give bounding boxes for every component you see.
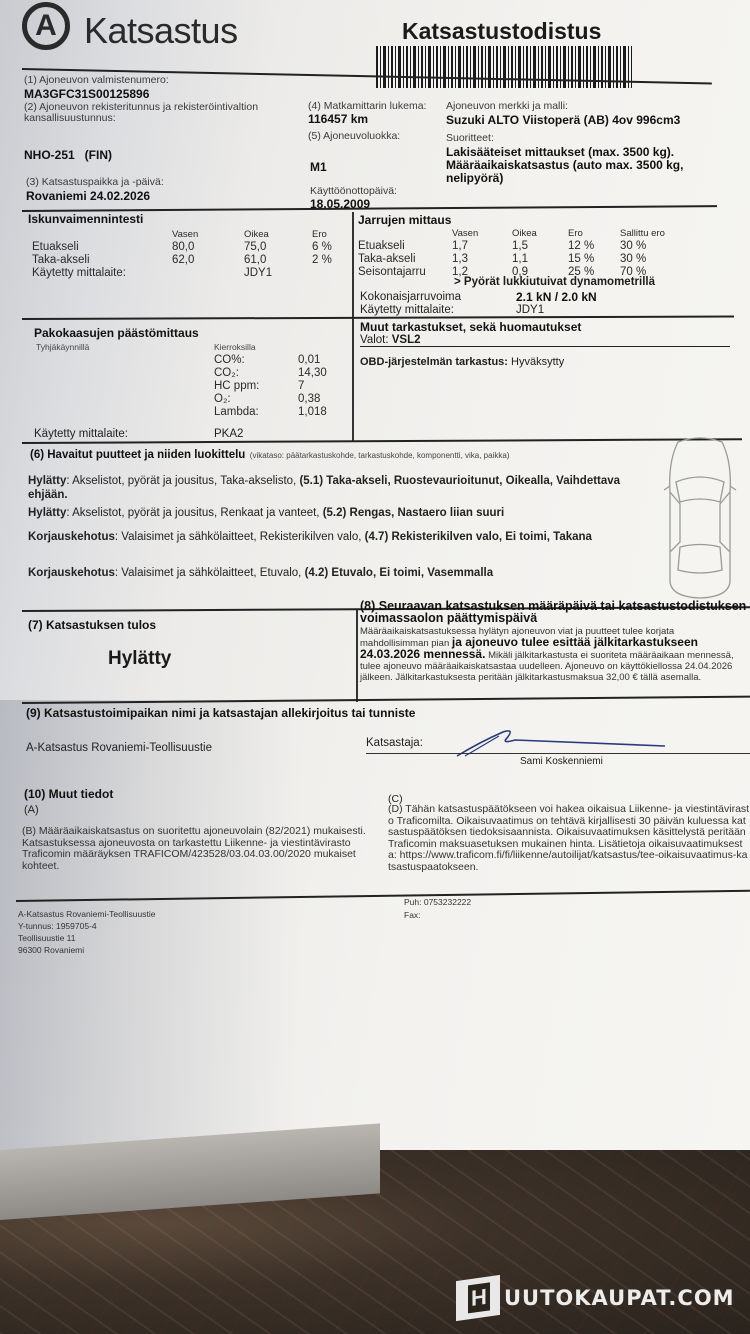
- defect-item: Hylätty: Akselistot, pyörät ja jousitus,…: [28, 474, 648, 502]
- device-value: JDY1: [244, 267, 312, 280]
- defect-detail: : Valaisimet ja sähkölaitteet, Etuvalo,: [115, 567, 305, 579]
- table-row: Etuakseli 1,7 1,5 12 % 30 %: [358, 240, 690, 253]
- barcode: [376, 46, 632, 88]
- column-header: Vasen: [452, 227, 512, 240]
- other-info-d: (D) Tähän katsastuspäätökseen voi hakea …: [388, 804, 750, 873]
- column-header: Ero: [568, 227, 620, 240]
- vehicle-class-label: (5) Ajoneuvoluokka:: [308, 130, 400, 142]
- cell: 14,30: [298, 367, 327, 380]
- table-row: Taka-akseli 1,3 1,1 15 % 30 %: [358, 253, 690, 266]
- inspection-certificate-paper: A Katsastus Katsastustodistus (1) Ajoneu…: [0, 0, 750, 1150]
- cell: 30 %: [620, 253, 690, 266]
- column-header: [32, 228, 172, 241]
- brand-name: Katsastus: [84, 10, 238, 52]
- table-row: Etuakseli 80,0 75,0 6 %: [32, 241, 362, 254]
- emissions-table: CO%:0,01 CO₂:14,30 HC ppm:7 O₂:0,38 Lamb…: [214, 354, 327, 419]
- table-row: CO₂:14,30: [214, 367, 327, 380]
- divider: [360, 346, 730, 347]
- vin-label: (1) Ajoneuvon valmistenumero:: [24, 74, 169, 86]
- performed-label: Suoritteet:: [446, 132, 494, 144]
- result-title: (7) Katsastuksen tulos: [28, 618, 156, 632]
- car-top-view-icon: [658, 432, 742, 602]
- next-inspection-title: (8) Seuraavan katsastuksen määräpäivä ta…: [360, 600, 750, 624]
- defects-legend: (vikataso: päätarkastuskohde, tarkastusk…: [250, 451, 510, 460]
- footer-address: A-Katsastus Rovaniemi-Teollisuustie Y-tu…: [18, 908, 155, 956]
- column-header: Oikea: [512, 227, 568, 240]
- watermark-text: UUTOKAUPAT.COM: [504, 1286, 735, 1310]
- obd-label: OBD-järjestelmän tarkastus:: [360, 356, 508, 368]
- footer-contact: Puh: 0753232222 Fax:: [404, 896, 471, 922]
- row-label: Taka-akseli: [32, 254, 172, 267]
- defect-finding: (4.2) Etuvalo, Ei toimi, Vasemmalla: [305, 567, 494, 579]
- row-label: Etuakseli: [358, 240, 452, 253]
- column-header: [358, 227, 452, 240]
- other-info-title: (10) Muut tiedot: [24, 787, 113, 801]
- logo-letter: A: [35, 11, 57, 41]
- rpm-label: Kierroksilla: [214, 342, 256, 352]
- defects-header: (6) Havaitut puutteet ja niiden luokitte…: [30, 445, 509, 463]
- make-model-value: Suzuki ALTO Viistoperä (AB) 4ov 996cm3: [446, 113, 680, 127]
- defects-title: (6) Havaitut puutteet ja niiden luokitte…: [30, 449, 245, 461]
- cell: 62,0: [172, 254, 244, 267]
- cell: 0,01: [298, 354, 327, 367]
- lights-value: VSL2: [392, 334, 421, 346]
- emissions-device-value: PKA2: [214, 428, 243, 440]
- cell: 1,5: [512, 240, 568, 253]
- row-label: Lambda:: [214, 406, 298, 419]
- column-header: Oikea: [244, 228, 312, 241]
- shock-test-table: Vasen Oikea Ero Etuakseli 80,0 75,0 6 % …: [32, 228, 362, 280]
- make-model-label: Ajoneuvon merkki ja malli:: [446, 100, 568, 112]
- table-row: O₂:0,38: [214, 393, 327, 406]
- row-label: O₂:: [214, 393, 298, 406]
- column-header: Sallittu ero: [620, 227, 690, 240]
- column-header: Vasen: [172, 228, 244, 241]
- next-inspection-text: Määräaikaiskatsastuksessa hylätyn ajoneu…: [360, 626, 745, 683]
- cell: 80,0: [172, 241, 244, 254]
- cube-letter: H: [468, 1282, 490, 1313]
- cell: 61,0: [244, 254, 312, 267]
- total-brake-label: Kokonaisjarruvoima: [360, 291, 461, 303]
- emissions-title: Pakokaasujen päästömittaus: [34, 326, 199, 340]
- defect-level: Korjauskehotus: [28, 531, 115, 543]
- cell: 2 %: [312, 254, 362, 267]
- station-name: A-Katsastus Rovaniemi-Teollisuustie: [26, 742, 212, 754]
- total-brake-value: 2.1 kN / 2.0 kN: [516, 290, 597, 304]
- odometer-value: 116457 km: [308, 112, 368, 126]
- other-checks-title: Muut tarkastukset, sekä huomautukset: [360, 320, 581, 334]
- defect-level: Korjauskehotus: [28, 567, 115, 579]
- row-label: Seisontajarru: [358, 266, 452, 279]
- cell: 1,018: [298, 406, 327, 419]
- vin-value: MA3GFC31S00125896: [24, 87, 149, 101]
- footer-company: A-Katsastus Rovaniemi-Teollisuustie: [18, 908, 155, 920]
- table-header-row: Vasen Oikea Ero Sallittu ero: [358, 227, 690, 240]
- cell: 75,0: [244, 241, 312, 254]
- brake-note: > Pyörät lukkiutuivat dynamometrillä: [454, 276, 655, 288]
- other-info-a: (A): [24, 804, 39, 816]
- row-label: CO₂:: [214, 367, 298, 380]
- brake-test-title: Jarrujen mittaus: [358, 213, 451, 227]
- cell: 0,38: [298, 393, 327, 406]
- defect-item: Hylätty: Akselistot, pyörät ja jousitus,…: [28, 506, 648, 520]
- table-row: CO%:0,01: [214, 354, 327, 367]
- signature-section-title: (9) Katsastustoimipaikan nimi ja katsast…: [26, 706, 415, 720]
- brake-test-table: Vasen Oikea Ero Sallittu ero Etuakseli 1…: [358, 227, 690, 279]
- cell: 15 %: [568, 253, 620, 266]
- divider: [22, 316, 734, 320]
- emissions-device-label: Käytetty mittalaite:: [34, 428, 128, 440]
- a-katsastus-logo-icon: A: [22, 2, 70, 50]
- footer-phone: Puh: 0753232222: [404, 896, 471, 909]
- defect-finding: (5.2) Rengas, Nastaero liian suuri: [323, 507, 505, 519]
- defect-item: Korjauskehotus: Valaisimet ja sähkölaitt…: [28, 530, 648, 544]
- table-row: Taka-akseli 62,0 61,0 2 %: [32, 254, 362, 267]
- table-row: Lambda:1,018: [214, 406, 327, 419]
- divider: [22, 438, 742, 443]
- cell: 1,1: [512, 253, 568, 266]
- lights-label: Valot:: [360, 334, 389, 346]
- brake-device-value: JDY1: [516, 304, 544, 316]
- defect-level: Hylätty: [28, 475, 66, 487]
- device-label: Käytetty mittalaite:: [32, 267, 244, 280]
- vehicle-class-value: M1: [310, 160, 327, 174]
- odometer-label: (4) Matkamittarin lukema:: [308, 100, 426, 112]
- idle-label: Tyhjäkäynnillä: [36, 342, 89, 352]
- obd-row: OBD-järjestelmän tarkastus: Hyväksytty: [360, 356, 564, 368]
- cell: 7: [298, 380, 327, 393]
- result-value: Hylätty: [108, 648, 171, 670]
- row-label: Etuakseli: [32, 241, 172, 254]
- defect-detail: : Valaisimet ja sähkölaitteet, Rekisteri…: [115, 531, 365, 543]
- obd-value: Hyväksytty: [511, 356, 564, 368]
- footer-fax: Fax:: [404, 909, 471, 922]
- reg-value: NHO-251 (FIN): [24, 148, 112, 162]
- defect-detail: : Akselistot, pyörät ja jousitus, Renkaa…: [66, 507, 322, 519]
- first-use-label: Käyttöönottopäivä:: [310, 185, 397, 197]
- table-row: Käytetty mittalaite: JDY1: [32, 267, 362, 280]
- inspector-label: Katsastaja:: [366, 737, 423, 749]
- defect-detail: : Akselistot, pyörät ja jousitus, Taka-a…: [66, 475, 299, 487]
- column-header: Ero: [312, 228, 362, 241]
- signature-line: [366, 753, 750, 754]
- reg-label: (2) Ajoneuvon rekisteritunnus ja rekiste…: [24, 102, 284, 124]
- defect-level: Hylätty: [28, 507, 66, 519]
- footer-business-id: Y-tunnus: 1959705-4: [18, 920, 155, 932]
- footer-city: 96300 Rovaniemi: [18, 944, 155, 956]
- row-label: Taka-akseli: [358, 253, 452, 266]
- huutokaupat-cube-icon: H: [456, 1275, 500, 1321]
- other-info-b: (B) Määräaikaiskatsastus on suoritettu a…: [22, 826, 372, 872]
- document-title: Katsastustodistus: [402, 18, 601, 45]
- place-date-value: Rovaniemi 24.02.2026: [26, 189, 150, 203]
- place-date-label: (3) Katsastuspaikka ja -päivä:: [26, 176, 164, 188]
- row-label: CO%:: [214, 354, 298, 367]
- huutokaupat-watermark: H UUTOKAUPAT.COM: [456, 1278, 735, 1318]
- cell: 12 %: [568, 240, 620, 253]
- footer-street: Teollisuustie 11: [18, 932, 155, 944]
- cell: 1,3: [452, 253, 512, 266]
- row-label: HC ppm:: [214, 380, 298, 393]
- performed-value: Lakisääteiset mittaukset (max. 3500 kg).…: [446, 146, 696, 185]
- defect-item: Korjauskehotus: Valaisimet ja sähkölaitt…: [28, 566, 648, 580]
- inspector-name: Sami Koskenniemi: [520, 756, 603, 767]
- shock-test-title: Iskunvaimennintesti: [28, 212, 143, 226]
- lights-row: Valot: VSL2: [360, 334, 421, 346]
- column-divider: [356, 610, 358, 702]
- defect-finding: (4.7) Rekisterikilven valo, Ei toimi, Ta…: [365, 531, 592, 543]
- table-row: HC ppm:7: [214, 380, 327, 393]
- cell: 1,7: [452, 240, 512, 253]
- cell: 6 %: [312, 241, 362, 254]
- cell: 30 %: [620, 240, 690, 253]
- brake-device-label: Käytetty mittalaite:: [360, 304, 454, 316]
- table-header-row: Vasen Oikea Ero: [32, 228, 362, 241]
